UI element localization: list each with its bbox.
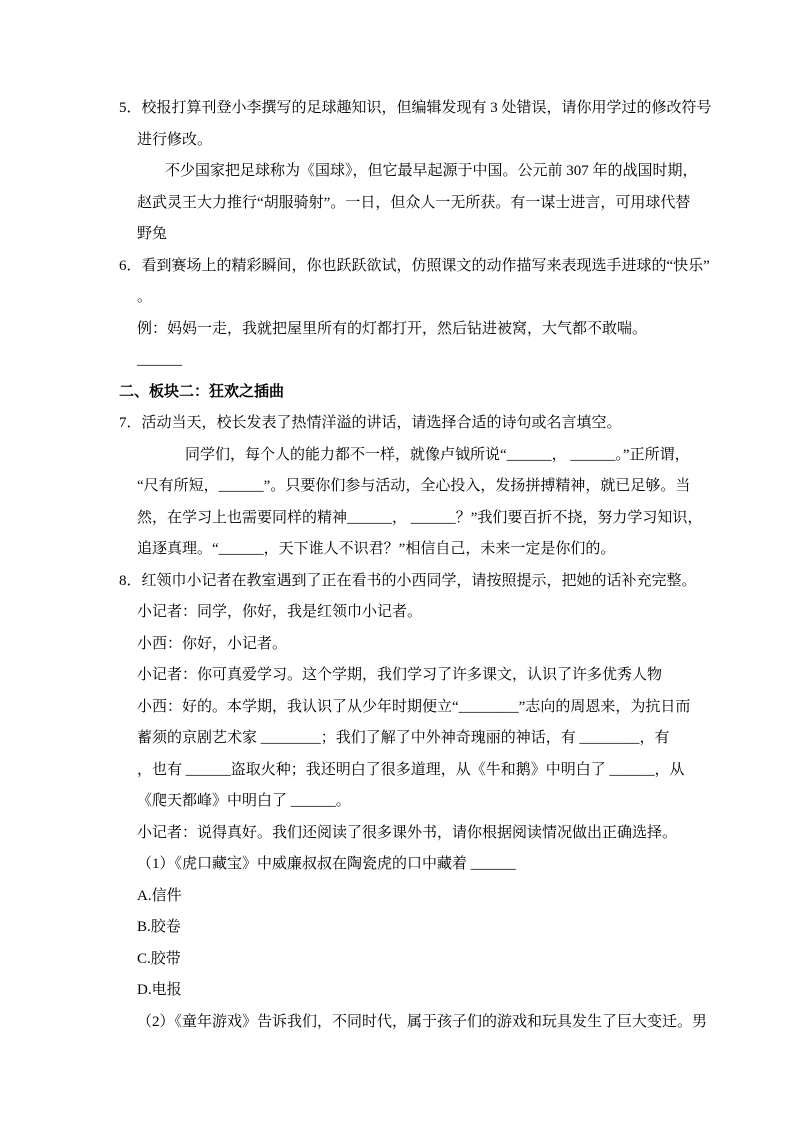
- question-6-stem-line-2: 。: [137, 282, 794, 314]
- question-8-sub2-stem: （2）《童年游戏》告诉我们，不同时代，属于孩子们的游戏和玩具发生了巨大变迁。男: [137, 1007, 794, 1039]
- question-8-dialog-line-3: 小记者：你可真爱学习。这个学期，我们学习了许多课文，认识了许多优秀人物: [137, 660, 794, 692]
- question-5-stem-line-2: 进行修改。: [137, 125, 794, 157]
- exam-document-page: 5．校报打算刊登小李撰写的足球趣知识，但编辑发现有 3 处错误，请你用学过的修改…: [0, 0, 794, 1123]
- question-8-dialog-line-1: 小记者：同学，你好，我是红领巾小记者。: [137, 597, 794, 629]
- question-8-dialog-line-2: 小西：你好，小记者。: [137, 629, 794, 661]
- question-8-sub1-option-c: C.胶带: [137, 944, 794, 976]
- question-8-sub1-stem: （1）《虎口藏宝》中威廉叔叔在陶瓷虎的口中藏着 ______: [137, 849, 794, 881]
- question-7-speech-line-1: 同学们，每个人的能力都不一样，就像卢钺所说“______， ______。”正所…: [185, 440, 794, 472]
- question-5-passage-line-3: 野兔: [137, 219, 794, 251]
- question-6-stem-line-1: 6．看到赛场上的精彩瞬间，你也跃跃欲试，仿照课文的动作描写来表现选手进球的“快乐…: [119, 251, 794, 283]
- question-7-speech-line-4: 追逐真理。“______，天下谁人不识君？”相信自己，未来一定是你们的。: [137, 534, 794, 566]
- question-6-answer-blank: ______: [137, 345, 794, 377]
- question-5-stem-line-1: 5．校报打算刊登小李撰写的足球趣知识，但编辑发现有 3 处错误，请你用学过的修改…: [119, 93, 794, 125]
- question-7-speech-line-3: 然，在学习上也需要同样的精神______， ______？”我们要百折不挠，努力…: [137, 503, 794, 535]
- question-8-dialog-line-7: 《爬天都峰》中明白了 ______。: [137, 786, 794, 818]
- question-8-dialog-line-5: 蓄须的京剧艺术家 ________；我们了解了中外神奇瑰丽的神话，有 _____…: [137, 723, 794, 755]
- section-2-heading: 二、板块二：狂欢之插曲: [119, 377, 794, 409]
- question-7-speech-line-2: “尺有所短，______”。只要你们参与活动，全心投入，发扬拼搏精神，就已足够。…: [137, 471, 794, 503]
- question-5-passage-line-2: 赵武灵王大力推行“胡服骑射”。一日，但众人一无所获。有一谋士进言，可用球代替: [137, 188, 794, 220]
- question-8-sub1-option-b: B.胶卷: [137, 912, 794, 944]
- question-7-stem: 7．活动当天，校长发表了热情洋溢的讲话，请选择合适的诗句或名言填空。: [119, 408, 794, 440]
- question-8-dialog-line-4: 小西：好的。本学期，我认识了从少年时期便立“________”志向的周恩来，为抗…: [137, 692, 794, 724]
- question-8-stem: 8．红领巾小记者在教室遇到了正在看书的小西同学，请按照提示，把她的话补充完整。: [119, 566, 794, 598]
- question-8-sub1-option-d: D.电报: [137, 975, 794, 1007]
- question-6-example: 例：妈妈一走，我就把屋里所有的灯都打开，然后钻进被窝，大气都不敢喘。: [137, 314, 794, 346]
- question-8-dialog-line-8: 小记者：说得真好。我们还阅读了很多课外书，请你根据阅读情况做出正确选择。: [137, 818, 794, 850]
- question-8-sub1-option-a: A.信件: [137, 881, 794, 913]
- question-8-dialog-line-6: ，也有 ______盗取火种；我还明白了很多道理，从《牛和鹅》中明白了 ____…: [137, 755, 794, 787]
- question-5-passage-line-1: 不少国家把足球称为《国球》，但它最早起源于中国。公元前 307 年的战国时期，: [165, 156, 794, 188]
